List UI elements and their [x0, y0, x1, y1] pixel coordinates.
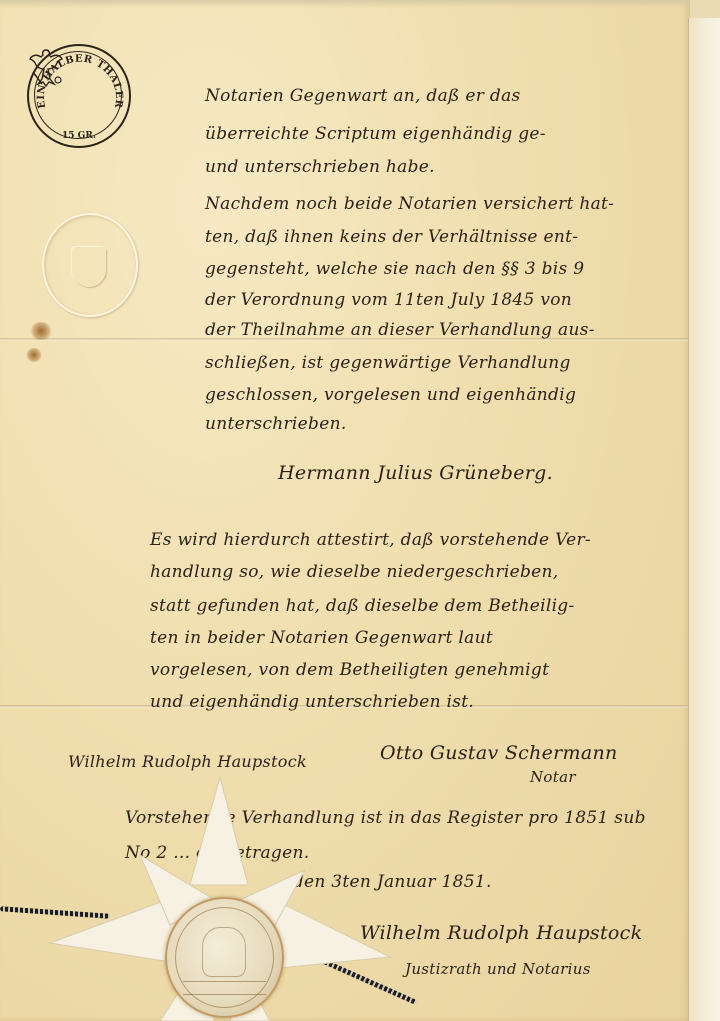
notary-title: Notar [530, 768, 576, 786]
seal-figure-icon [202, 927, 246, 977]
signature-haupstock: Wilhelm Rudolph Haupstock [68, 752, 307, 771]
text-line: und eigenhändig unterschrieben ist. [150, 692, 474, 712]
text-line: gegensteht, welche sie nach den §§ 3 bis… [205, 259, 584, 279]
text-line: geschlossen, vorgelesen und eigenhändig [205, 385, 576, 405]
text-line: ten in beider Notarien Gegenwart laut [150, 628, 493, 648]
signature-notary: Otto Gustav Schermann [380, 742, 618, 764]
text-line: überreichte Scriptum eigenhändig ge- [205, 124, 546, 144]
text-line: der Theilnahme an dieser Verhandlung aus… [205, 320, 595, 340]
embossed-seal [42, 213, 138, 317]
svg-text:15 GR.: 15 GR. [62, 131, 96, 141]
text-line: schließen, ist gegenwärtige Verhandlung [205, 353, 571, 373]
text-line: und unterschrieben habe. [205, 157, 435, 177]
crowned-shield-icon [72, 247, 106, 287]
text-line: statt gefunden hat, daß dieselbe dem Bet… [150, 596, 575, 616]
text-line: handlung so, wie dieselbe niedergeschrie… [150, 562, 558, 582]
text-line: ten, daß ihnen keins der Verhältnisse en… [205, 227, 578, 247]
text-line: unterschrieben. [205, 414, 347, 434]
stain [26, 348, 42, 362]
page-edge [688, 18, 720, 1021]
wax-seal [165, 897, 284, 1018]
tax-stamp: EIN HALBER THALER 15 GR. [27, 44, 131, 148]
text-line: Nachdem noch beide Notarien versichert h… [205, 194, 614, 214]
page-shadow [0, 0, 690, 8]
justizrath-title: Justizrath und Notarius [405, 960, 591, 978]
text-line: vorgelesen, von dem Betheiligten genehmi… [150, 660, 549, 680]
text-line: Notarien Gegenwart an, daß er das [205, 86, 521, 106]
document-page: EIN HALBER THALER 15 GR. Notarien Gegenw… [0, 0, 690, 1021]
stain [30, 322, 52, 340]
text-line: Es wird hierdurch attestirt, daß vorsteh… [150, 530, 591, 550]
text-line: der Verordnung vom 11ten July 1845 von [205, 290, 572, 310]
signature-haupstock-2: Wilhelm Rudolph Haupstock [360, 922, 642, 944]
eagle-icon [29, 46, 63, 90]
signature-grueneberg: Hermann Julius Grüneberg. [278, 462, 553, 484]
